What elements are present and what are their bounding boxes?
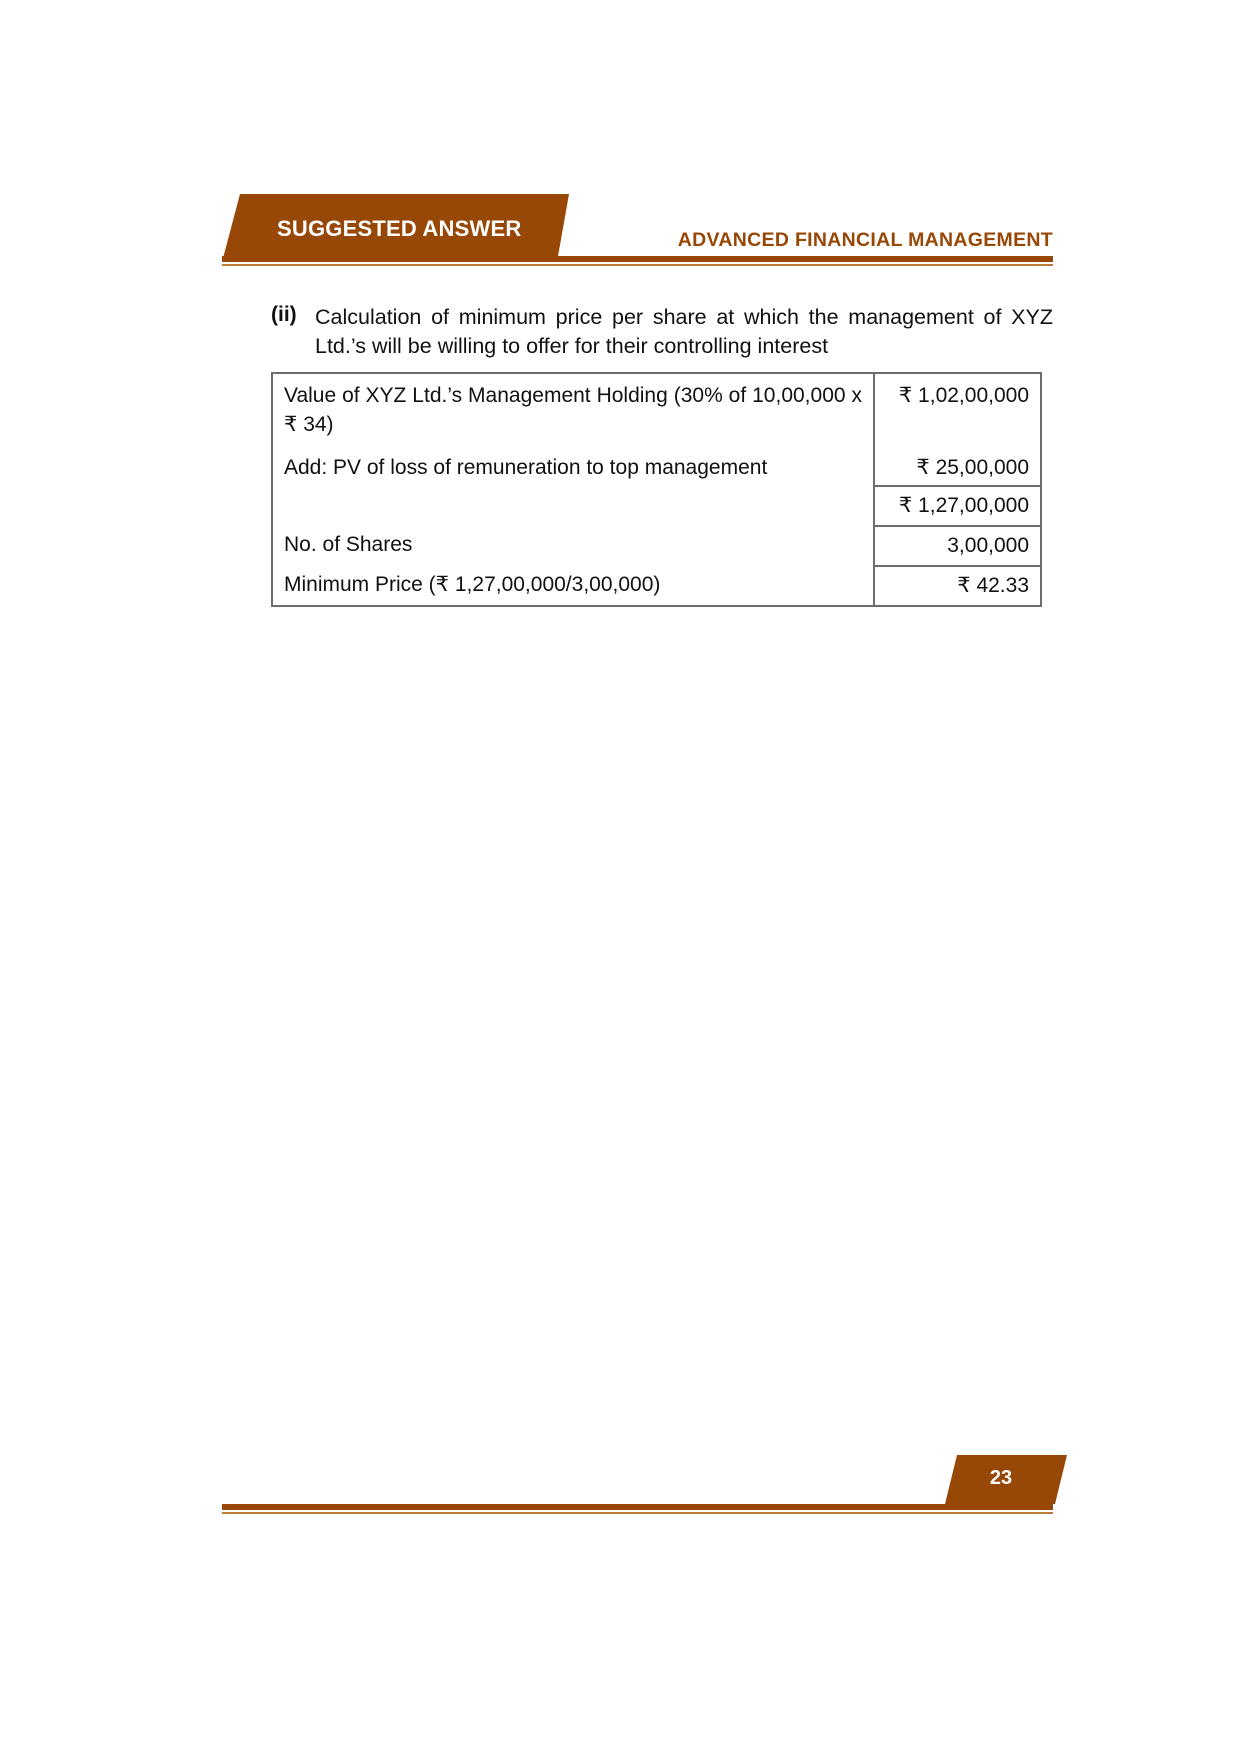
table-row: Add: PV of loss of remuneration to top m… [272,451,1041,486]
table-row: No. of Shares 3,00,000 [272,526,1041,566]
table-row-subtotal: ₹ 1,27,00,000 [272,486,1041,526]
row-value: ₹ 25,00,000 [874,451,1041,486]
row-label: No. of Shares [272,526,874,566]
header-rule-thick [222,256,1053,262]
row-value: ₹ 42.33 [874,566,1041,606]
row-label: Minimum Price (₹ 1,27,00,000/3,00,000) [272,566,874,606]
subject-title: ADVANCED FINANCIAL MANAGEMENT [678,229,1053,252]
row-value: ₹ 1,02,00,000 [874,373,1041,451]
calculation-table: Value of XYZ Ltd.’s Management Holding (… [271,372,1042,607]
row-value: 3,00,000 [874,526,1041,566]
row-label: Value of XYZ Ltd.’s Management Holding (… [272,373,874,451]
row-value: ₹ 1,27,00,000 [874,486,1041,526]
table-row: Value of XYZ Ltd.’s Management Holding (… [272,373,1041,451]
footer-rule-thin [222,1512,1053,1514]
question-text: Calculation of minimum price per share a… [315,303,1053,361]
table-row-result: Minimum Price (₹ 1,27,00,000/3,00,000) ₹… [272,566,1041,606]
section-tab-label: SUGGESTED ANSWER [277,216,521,242]
header-rule-thin [222,264,1053,266]
row-label: Add: PV of loss of remuneration to top m… [272,451,874,486]
question-number: (ii) [271,303,297,327]
footer-rule-thick [222,1504,1053,1510]
row-label [272,486,874,526]
page-number: 23 [945,1467,1057,1490]
